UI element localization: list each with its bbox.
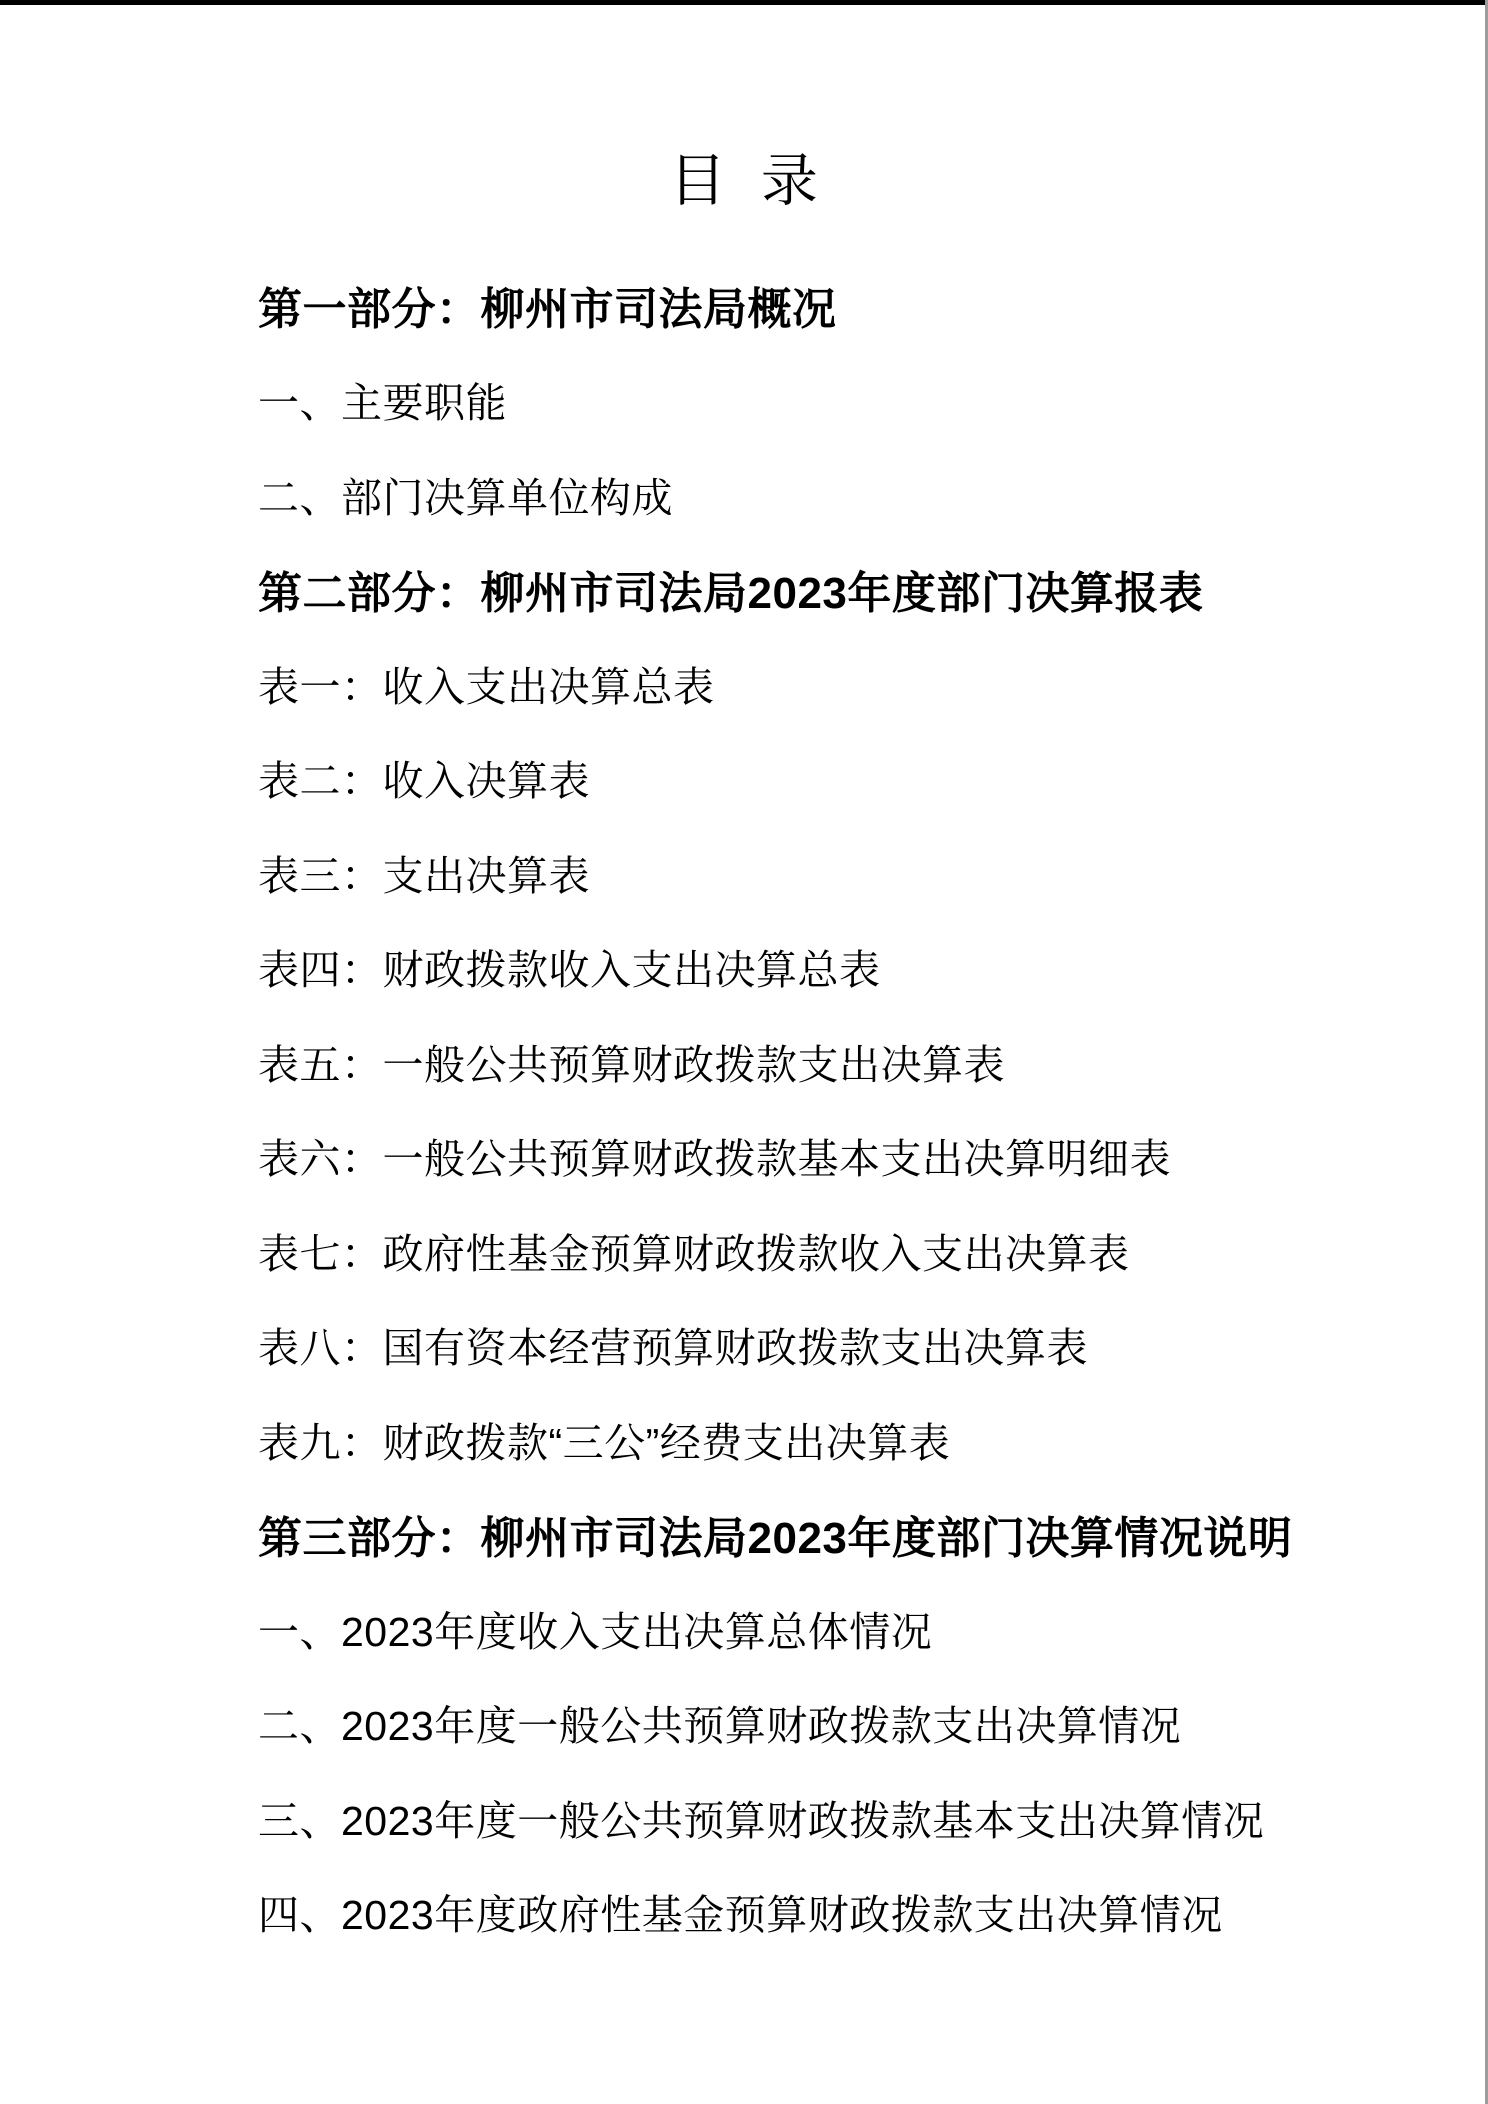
page-top-border — [0, 0, 1488, 5]
toc-item: 表七：政府性基金预算财政拨款收入支出决算表 — [258, 1203, 1428, 1298]
toc-item: 三、2023年度一般公共预算财政拨款基本支出决算情况 — [258, 1770, 1428, 1865]
toc-item: 表九：财政拨款“三公”经费支出决算表 — [258, 1392, 1428, 1487]
toc-list: 第一部分：柳州市司法局概况 一、主要职能 二、部门决算单位构成 第二部分：柳州市… — [258, 258, 1428, 1959]
toc-heading-part1: 第一部分：柳州市司法局概况 — [258, 258, 1428, 353]
toc-item: 表四：财政拨款收入支出决算总表 — [258, 920, 1428, 1015]
toc-item: 表八：国有资本经营预算财政拨款支出决算表 — [258, 1298, 1428, 1393]
toc-item: 二、部门决算单位构成 — [258, 447, 1428, 542]
toc-heading-part3: 第三部分：柳州市司法局2023年度部门决算情况说明 — [258, 1487, 1428, 1582]
toc-item: 表一：收入支出决算总表 — [258, 636, 1428, 731]
toc-item: 表三：支出决算表 — [258, 825, 1428, 920]
toc-item: 表二：收入决算表 — [258, 731, 1428, 826]
toc-item: 一、主要职能 — [258, 353, 1428, 448]
toc-heading-part2: 第二部分：柳州市司法局2023年度部门决算报表 — [258, 542, 1428, 637]
toc-title: 目 录 — [0, 145, 1488, 217]
toc-item: 表六：一般公共预算财政拨款基本支出决算明细表 — [258, 1109, 1428, 1204]
document-page: 目 录 第一部分：柳州市司法局概况 一、主要职能 二、部门决算单位构成 第二部分… — [0, 0, 1488, 2104]
toc-item: 二、2023年度一般公共预算财政拨款支出决算情况 — [258, 1676, 1428, 1771]
toc-item: 表五：一般公共预算财政拨款支出决算表 — [258, 1014, 1428, 1109]
toc-item: 一、2023年度收入支出决算总体情况 — [258, 1581, 1428, 1676]
toc-item: 四、2023年度政府性基金预算财政拨款支出决算情况 — [258, 1865, 1428, 1960]
